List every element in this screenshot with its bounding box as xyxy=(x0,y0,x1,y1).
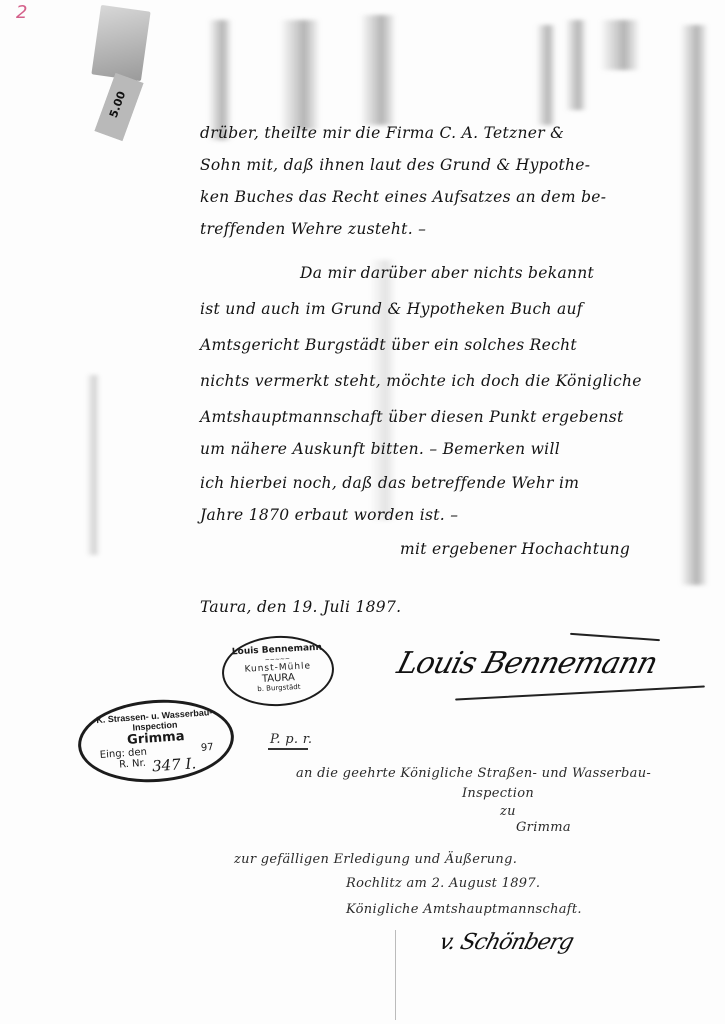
addressee-line: Grimma xyxy=(516,820,571,835)
letter-line: nichts vermerkt steht, möchte ich doch d… xyxy=(200,372,642,390)
revenue-stamp-fragment: 5.00 xyxy=(88,6,158,136)
letter-line: ken Buches das Recht eines Aufsatzes an … xyxy=(200,188,606,206)
fold-line xyxy=(395,930,396,1020)
letter-line: treffenden Wehre zusteht. – xyxy=(200,220,426,238)
scan-streak xyxy=(280,20,320,130)
addressee-line: an die geehrte Königliche Straßen- und W… xyxy=(296,766,651,781)
signature-flourish xyxy=(455,685,705,700)
scan-streak xyxy=(536,25,556,125)
signature-flourish xyxy=(570,633,660,641)
torn-paper xyxy=(91,5,150,81)
addressee-line: Inspection xyxy=(462,786,534,801)
page-number: 2 xyxy=(16,2,27,23)
scan-streak xyxy=(86,375,100,555)
letter-line: Jahre 1870 erbaut worden ist. – xyxy=(200,506,458,524)
scan-streak xyxy=(600,20,640,70)
letter-line: Sohn mit, daß ihnen laut des Grund & Hyp… xyxy=(200,156,590,174)
letter-line: ist und auch im Grund & Hypotheken Buch … xyxy=(200,300,583,318)
document-page: 2 5.00 drüber, theilte mir die Firma C. … xyxy=(0,0,725,1024)
scan-streak xyxy=(360,15,396,125)
letter-line: Amtshauptmannschaft über diesen Punkt er… xyxy=(200,408,624,426)
letter-line: Da mir darüber aber nichts bekannt xyxy=(300,264,594,282)
forwarding-note: zur gefälligen Erledigung und Äußerung. xyxy=(234,852,517,867)
scan-streak xyxy=(565,20,587,110)
receipt-stamp: K. Strassen- u. Wasserbau-Inspection Gri… xyxy=(75,695,236,788)
abbrev-underline xyxy=(268,748,308,750)
annotation-place-date: Rochlitz am 2. August 1897. xyxy=(346,876,540,891)
letter-place-date: Taura, den 19. Juli 1897. xyxy=(200,598,401,616)
letter-line: Amtsgericht Burgstädt über ein solches R… xyxy=(200,336,577,354)
company-stamp: Louis Bennemann ~~~~~ Kunst-Mühle TAURA … xyxy=(220,633,336,709)
register-number: 347 I. xyxy=(151,754,196,775)
letter-line: drüber, theilte mir die Firma C. A. Tetz… xyxy=(200,124,564,142)
signature-bennemann: Louis Bennemann xyxy=(393,646,660,681)
received-year: 97 xyxy=(201,742,214,754)
letter-line: um nähere Auskunft bitten. – Bemerken wi… xyxy=(200,440,560,458)
signature-official: v. Schönberg xyxy=(437,930,576,955)
scan-streak xyxy=(208,20,232,140)
letter-line: ich hierbei noch, daß das betreffende We… xyxy=(200,474,579,492)
annotation-authority: Königliche Amtshauptmannschaft. xyxy=(346,902,582,917)
annotation-abbrev: P. p. r. xyxy=(270,732,312,747)
scan-streak xyxy=(680,25,708,585)
register-label: R. Nr. xyxy=(119,758,147,778)
letter-closing: mit ergebener Hochachtung xyxy=(400,540,630,558)
addressee-line: zu xyxy=(500,804,516,819)
